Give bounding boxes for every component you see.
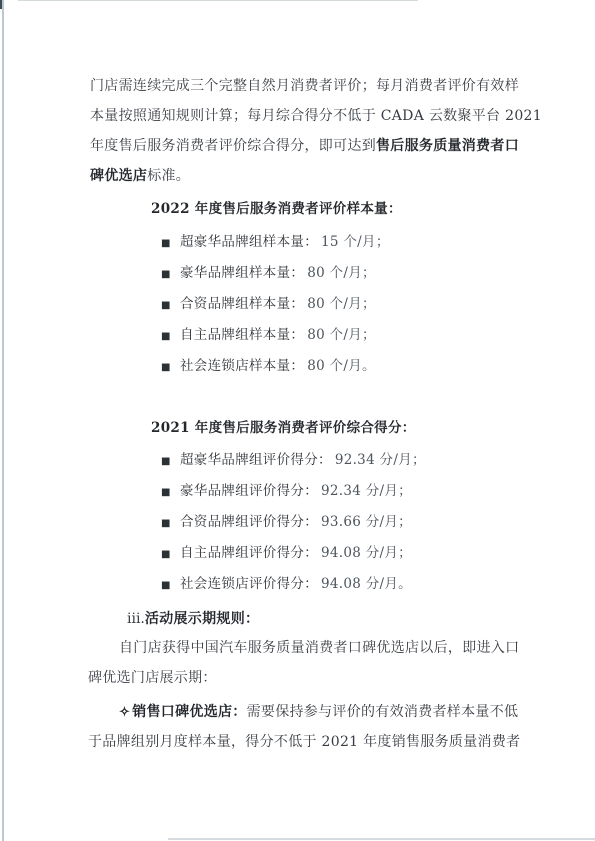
list-item: ■社会连锁店样本量：80 个/月。: [161, 351, 390, 382]
bullet-square-icon: ■: [161, 259, 180, 290]
heading-sample-2022: 2022 年度售后服务消费者评价样本量：: [151, 194, 402, 224]
item-label: 社会连锁店评价得分：: [180, 576, 318, 592]
item-label: 合资品牌组样本量：: [180, 296, 304, 312]
document-page: 门店需连续完成三个完整自然月消费者评价；每月消费者评价有效样 本量按照通知规则计…: [0, 0, 595, 841]
section-iii-prefix: iii.: [127, 611, 145, 627]
list-item: ■自主品牌组样本量：80 个/月；: [161, 320, 390, 351]
item-label: 豪华品牌组评价得分：: [180, 483, 318, 499]
paragraph-intro: 门店需连续完成三个完整自然月消费者评价；每月消费者评价有效样 本量按照通知规则计…: [90, 71, 542, 191]
bullet-square-icon: ■: [161, 352, 180, 383]
intro-line3-bold: 售后服务质量消费者口: [376, 138, 519, 154]
bullet-square-icon: ■: [161, 228, 180, 259]
list-item: ■豪华品牌组样本量：80 个/月；: [161, 258, 390, 289]
bullet-square-icon: ■: [161, 321, 180, 352]
list-item: ■豪华品牌组评价得分：92.34 分/月；: [161, 476, 426, 507]
text-line: 自门店获得中国汽车服务质量消费者口碑优选店以后，即进入口: [88, 633, 519, 663]
intro-line4-bold: 碑优选店: [90, 168, 147, 184]
paragraph-display-period: 自门店获得中国汽车服务质量消费者口碑优选店以后，即进入口 碑优选门店展示期：: [88, 633, 519, 693]
display-period-line2: 碑优选门店展示期：: [88, 670, 217, 686]
item-label: 超豪华品牌组样本量：: [180, 234, 318, 250]
item-value: 80 个/月；: [307, 296, 376, 312]
intro-line1: 门店需连续完成三个完整自然月消费者评价；每月消费者评价有效样: [90, 78, 519, 94]
bullet-list-sample-2022: ■超豪华品牌组样本量：15 个/月； ■豪华品牌组样本量：80 个/月； ■合资…: [161, 227, 390, 382]
scan-edge-bottom: [168, 838, 595, 840]
diamond-icon: ✧: [119, 705, 130, 720]
item-value: 92.34 分/月；: [335, 452, 426, 468]
list-item: ■超豪华品牌组样本量：15 个/月；: [161, 227, 390, 258]
item-value: 80 个/月；: [307, 265, 376, 281]
text-line: 碑优选门店展示期：: [88, 663, 519, 693]
bullet-square-icon: ■: [161, 290, 180, 321]
scan-edge-top: [18, 0, 418, 1]
item-label: 超豪华品牌组评价得分：: [180, 452, 332, 468]
item-value: 94.08 分/月；: [321, 545, 412, 561]
sales-store-label: 销售口碑优选店：: [132, 704, 246, 720]
sales-store-line2: 于品牌组别月度样本量，得分不低于 2021 年度销售服务质量消费者: [88, 734, 520, 750]
text-line: ✧销售口碑优选店：需要保持参与评价的有效消费者样本量不低: [88, 697, 520, 727]
text-line: 碑优选店标准。: [90, 161, 542, 191]
bullet-list-score-2021: ■超豪华品牌组评价得分：92.34 分/月； ■豪华品牌组评价得分：92.34 …: [161, 445, 426, 600]
item-value: 92.34 分/月；: [321, 483, 412, 499]
scan-edge-left: [2, 0, 4, 841]
list-item: ■超豪华品牌组评价得分：92.34 分/月；: [161, 445, 426, 476]
item-value: 94.08 分/月。: [321, 576, 412, 592]
item-value: 80 个/月；: [307, 327, 376, 343]
bullet-square-icon: ■: [161, 508, 180, 539]
bullet-square-icon: ■: [161, 570, 180, 601]
text-line: 本量按照通知规则计算；每月综合得分不低于 CADA 云数聚平台 2021: [90, 101, 542, 131]
text-line: 门店需连续完成三个完整自然月消费者评价；每月消费者评价有效样: [90, 71, 542, 101]
item-label: 豪华品牌组样本量：: [180, 265, 304, 281]
list-item: ■自主品牌组评价得分：94.08 分/月；: [161, 538, 426, 569]
section-iii-title: 活动展示期规则：: [145, 611, 259, 627]
item-value: 93.66 分/月；: [321, 514, 412, 530]
display-period-line1: 自门店获得中国汽车服务质量消费者口碑优选店以后，即进入口: [119, 640, 519, 656]
paragraph-sales-store: ✧销售口碑优选店：需要保持参与评价的有效消费者样本量不低 于品牌组别月度样本量，…: [88, 697, 520, 757]
list-item: ■合资品牌组样本量：80 个/月；: [161, 289, 390, 320]
bullet-square-icon: ■: [161, 446, 180, 477]
intro-line3-regular: 年度售后服务消费者评价综合得分，即可达到: [90, 138, 376, 154]
bullet-square-icon: ■: [161, 477, 180, 508]
bullet-square-icon: ■: [161, 539, 180, 570]
item-label: 自主品牌组样本量：: [180, 327, 304, 343]
heading-score-2021: 2021 年度售后服务消费者评价综合得分：: [151, 413, 416, 443]
item-value: 80 个/月。: [307, 358, 376, 374]
intro-line2: 本量按照通知规则计算；每月综合得分不低于 CADA 云数聚平台 2021: [90, 108, 542, 124]
text-line: 年度售后服务消费者评价综合得分，即可达到售后服务质量消费者口: [90, 131, 542, 161]
intro-line4-regular: 标准。: [147, 168, 190, 184]
item-value: 15 个/月；: [321, 234, 390, 250]
text-line: 于品牌组别月度样本量，得分不低于 2021 年度销售服务质量消费者: [88, 727, 520, 757]
list-item: ■合资品牌组评价得分：93.66 分/月；: [161, 507, 426, 538]
section-iii-heading: iii.活动展示期规则：: [127, 604, 259, 634]
item-label: 社会连锁店样本量：: [180, 358, 304, 374]
list-item: ■社会连锁店评价得分：94.08 分/月。: [161, 569, 426, 600]
item-label: 自主品牌组评价得分：: [180, 545, 318, 561]
item-label: 合资品牌组评价得分：: [180, 514, 318, 530]
sales-store-line1: 需要保持参与评价的有效消费者样本量不低: [247, 704, 519, 720]
